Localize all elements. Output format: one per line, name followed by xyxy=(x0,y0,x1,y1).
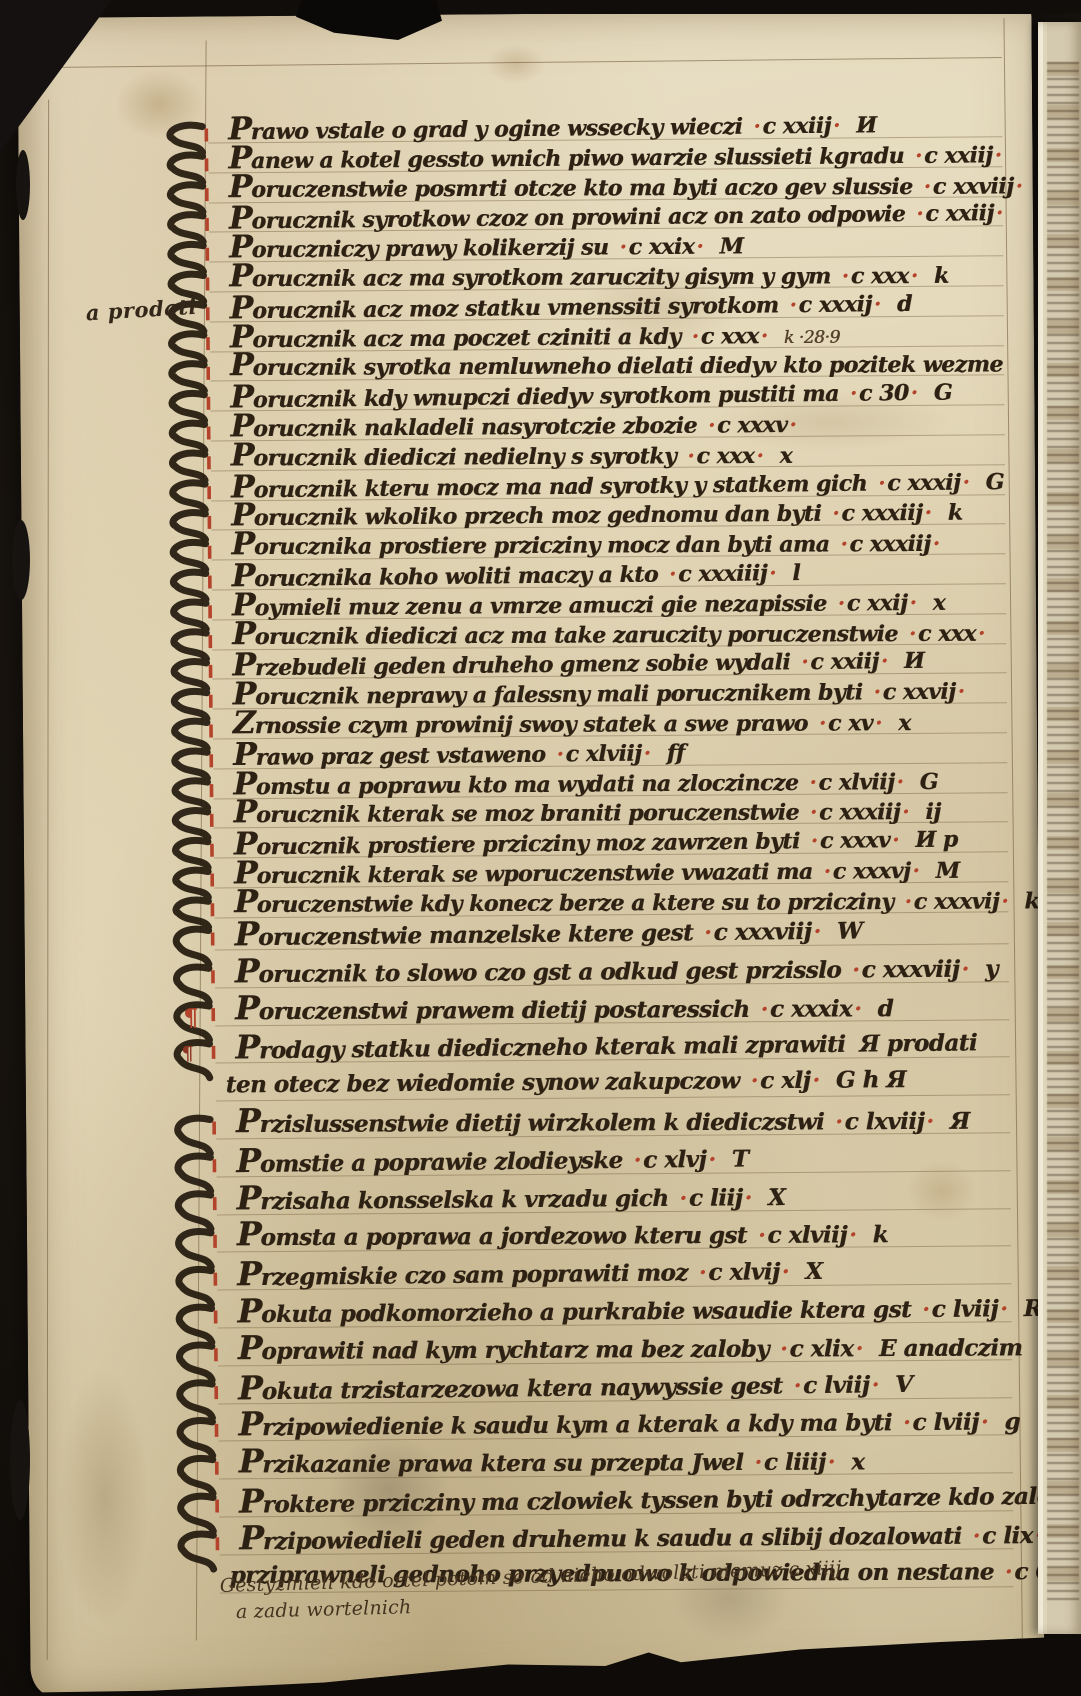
initial-letter: P xyxy=(239,1518,263,1557)
line-tail-letter: V xyxy=(895,1371,913,1398)
ruling-line xyxy=(47,100,49,1660)
index-line: Prawo vstale o grad y ogine wssecky wiec… xyxy=(228,110,877,145)
initial-letter: P xyxy=(235,1028,259,1067)
index-line: Przislussenstwie dietij wirzkolem k died… xyxy=(236,1105,970,1138)
index-line: Porucznik kterak se wporuczenstwie vwaza… xyxy=(234,856,960,890)
rubric-dot: · xyxy=(808,800,819,826)
line-tail-letter: ij xyxy=(925,799,940,825)
line-tail-letter: W xyxy=(837,917,863,944)
rubric-dot: · xyxy=(787,412,798,438)
index-line: Porucznik acz moz statku vmenssiti syrot… xyxy=(230,289,913,325)
initial-letter: P xyxy=(238,1405,262,1444)
chapter-ref: ·c xlviij· xyxy=(554,740,653,767)
chapter-ref: ·c xxvij· xyxy=(872,679,967,706)
rubric-dot: · xyxy=(840,263,851,289)
initial-letter: P xyxy=(238,1328,262,1367)
index-line: Przisaha konsselska k vrzadu gich·c liij… xyxy=(237,1181,786,1215)
index-line: Porucznika koho woliti maczy a kto·c xxx… xyxy=(232,558,801,592)
line-tail-letter: E anadczim xyxy=(879,1334,1022,1362)
line-tail-letter: G xyxy=(934,380,953,406)
index-line: Porucznik diediczi acz ma take zaruczity… xyxy=(232,618,987,650)
initial-letter: P xyxy=(231,437,254,473)
line-tail-letter: d xyxy=(878,995,894,1022)
chapter-ref: ·c xxxiij· xyxy=(838,531,942,557)
line-tail-letter: x xyxy=(898,710,911,736)
line-tail-letter: И p xyxy=(915,827,958,853)
chapter-ref: ·c xlviij· xyxy=(807,769,906,796)
rubric-dot: · xyxy=(924,1108,936,1135)
rubric-dot: · xyxy=(706,413,717,439)
rubric-dot: · xyxy=(923,500,934,526)
initial-letter: P xyxy=(235,988,259,1027)
rubric-dot: · xyxy=(742,1184,754,1211)
initial-letter: P xyxy=(230,347,253,383)
line-tail-letter: И xyxy=(856,112,877,138)
rubric-dot: · xyxy=(960,469,971,495)
rubric-dot: · xyxy=(873,710,884,736)
line-tail-letter: k xyxy=(873,1222,889,1249)
rubric-dot: · xyxy=(910,858,921,884)
chapter-ref: ·c xxxvj· xyxy=(822,858,922,885)
line-tail-letter: И xyxy=(904,648,925,674)
manuscript-photo: a prodati ¶ ¶ Prawo vstale o grad y ogin… xyxy=(0,0,1081,1696)
index-line: Przipowiedieli geden druhemu k saudu a s… xyxy=(239,1519,1075,1556)
rubric-dot: · xyxy=(787,292,798,318)
rubric-dot: · xyxy=(667,561,678,587)
index-line: Pomstie a poprawie zlodieyske·c xlvj·T xyxy=(236,1142,748,1178)
rubric-dot: · xyxy=(999,888,1010,914)
index-line: Przegmiskie czo sam poprawiti moz·c xlvi… xyxy=(237,1255,823,1291)
index-line: Pokuta podkomorzieho a purkrabie wsaudie… xyxy=(237,1292,1042,1328)
index-line: Przikazanie prawa ktera su przepta Jwel·… xyxy=(239,1446,865,1479)
chapter-ref: ·c xxxij· xyxy=(787,291,883,318)
parchment-page: a prodati ¶ ¶ Prawo vstale o grad y ogin… xyxy=(17,10,1044,1696)
index-line: Porucznik diediczi nedielny s syrotky·c … xyxy=(231,441,792,472)
rubric-dot: · xyxy=(752,1449,764,1476)
index-line: Przipowiedienie k saudu kym a kterak a k… xyxy=(238,1406,1020,1442)
rubric-dot: · xyxy=(749,1067,761,1094)
rubric-dot: · xyxy=(903,889,914,915)
photo-background xyxy=(0,0,1081,14)
stain xyxy=(58,1367,150,1628)
chapter-ref: ·c xxiij· xyxy=(914,200,1005,227)
initial-letter: P xyxy=(239,1441,263,1480)
chapter-ref: ·c xv· xyxy=(817,710,884,736)
rubric-dot: · xyxy=(754,443,765,469)
index-line: Porucznik neprawy a falessny mali porucz… xyxy=(233,677,967,711)
rubric-dot: · xyxy=(756,1222,768,1249)
initial-letter: P xyxy=(236,1101,260,1140)
line-tail-letter: x xyxy=(933,590,946,616)
chapter-ref: ·c xxiij· xyxy=(799,649,890,676)
chapter-ref: ·c xxviij· xyxy=(922,173,1025,199)
fore-edge-text-shadow xyxy=(1047,62,1079,1604)
line-tail-letter: k xyxy=(934,263,949,289)
index-line: Porucznik wkoliko przech moz gednomu dan… xyxy=(231,498,962,532)
initial-letter: P xyxy=(238,1368,262,1407)
line-tail-letter: M xyxy=(720,234,744,260)
rubric-dot: · xyxy=(848,381,859,407)
index-line: Przebudeli geden druheho gmenz sobie wyd… xyxy=(232,646,924,682)
rubric-dot: · xyxy=(909,380,920,406)
index-line: Proktere przicziny ma czlowiek tyssen by… xyxy=(239,1479,1081,1519)
rubric-dot: · xyxy=(931,531,942,557)
index-line: Prawo praz gest vstaweno·c xlviij·ff xyxy=(233,738,685,771)
line-tail-letter: Я prodati xyxy=(859,1030,977,1058)
chapter-ref: ·c lviij· xyxy=(792,1371,882,1399)
rubric-dot: · xyxy=(909,263,920,289)
rubric-dot: · xyxy=(979,1409,991,1436)
initial-letter: P xyxy=(234,795,257,831)
rubric-dot: · xyxy=(847,1222,859,1249)
chapter-ref: ·c lviij· xyxy=(920,1295,1010,1323)
line-tail-letter: l xyxy=(792,560,800,586)
line-tail-letter: ff xyxy=(667,740,685,766)
pilcrow-mark: ¶ xyxy=(183,1003,199,1032)
rubric-dot: · xyxy=(907,590,918,616)
index-line: Porucznik nakladeli nasyrotczie zbozie·c… xyxy=(231,410,799,442)
index-line: Poruczniczy prawy kolikerzij su·c xxix·M xyxy=(229,232,743,264)
rubric-dot: · xyxy=(872,291,883,317)
index-line: Porucznik prostiere przicziny moz zawrze… xyxy=(234,825,958,861)
chapter-ref: ·c 30· xyxy=(848,380,920,407)
rubric-dot: · xyxy=(685,443,696,469)
rubric-dot: · xyxy=(822,859,833,885)
rubric-dot: · xyxy=(826,1449,838,1476)
chapter-ref: ·c xxxviij· xyxy=(702,918,823,946)
rubric-dot: · xyxy=(694,234,705,260)
rubric-dot: · xyxy=(900,799,911,825)
line-tail-letter: G xyxy=(920,768,939,794)
chapter-ref: ·c lviij· xyxy=(901,1409,991,1437)
rubric-dot: · xyxy=(809,828,820,854)
index-line: Porucznik acz ma syrotkom zaruczity gisy… xyxy=(229,261,948,292)
line-tail-letter: x xyxy=(780,443,793,469)
chapter-ref: ·c xxiij· xyxy=(751,113,842,140)
line-tail-letter: X xyxy=(805,1258,823,1285)
rubric-dot: · xyxy=(901,1409,913,1436)
initial-letter: P xyxy=(239,1481,263,1520)
rubric-dot: · xyxy=(554,741,565,767)
chapter-ref: ·c xlj· xyxy=(749,1067,823,1095)
rubric-dot: · xyxy=(642,740,653,766)
book-fore-edge xyxy=(1038,22,1081,1634)
rubric-dot: · xyxy=(998,1295,1010,1322)
index-line: Pomstu a poprawu kto ma wydati na zloczi… xyxy=(233,766,938,800)
rubric-dot: · xyxy=(811,918,823,945)
index-line: Zrnossie czym prowinij swoy statek a swe… xyxy=(233,708,911,739)
rubric-dot: · xyxy=(767,560,778,586)
line-tail-letter: G h Я xyxy=(836,1066,906,1094)
index-line: Pokuta trzistarzezowa ktera naywyssie ge… xyxy=(238,1368,913,1405)
initial-letter: P xyxy=(237,1254,261,1293)
chapter-ref: ·c xxx· xyxy=(907,620,987,646)
rubric-dot: · xyxy=(632,1146,644,1173)
rubric-dot: · xyxy=(751,113,762,139)
chapter-ref: ·c lix· xyxy=(971,1522,1045,1550)
line-tail-letter: y xyxy=(985,955,998,982)
chapter-ref: ·c xxxiij· xyxy=(808,799,912,825)
rubric-dot: · xyxy=(922,173,933,199)
initial-letter: P xyxy=(237,1178,261,1217)
rubric-dot: · xyxy=(617,234,628,260)
rubric-dot: · xyxy=(778,1335,790,1362)
rubric-dot: · xyxy=(759,323,770,349)
chapter-ref: ·c xlix· xyxy=(778,1335,865,1362)
index-line: Porucznik to slowo czo gst a odkud gest … xyxy=(235,952,998,988)
rubric-dot: · xyxy=(836,590,847,616)
rubric-dot: · xyxy=(853,1335,865,1362)
rubric-dot: · xyxy=(993,142,1004,168)
chapter-ref: ·c xxx· xyxy=(840,263,920,289)
rubric-dot: · xyxy=(920,1296,932,1323)
index-line: Prodagy statku diediczneho kterak mali z… xyxy=(235,1027,977,1065)
chapter-ref: ·c liij· xyxy=(677,1184,754,1212)
index-text-column: Prawo vstale o grad y ogine wssecky wiec… xyxy=(203,10,1026,1694)
rubric-dot: · xyxy=(907,621,918,647)
chapter-ref: ·c xxx· xyxy=(690,323,770,350)
line-tail-letter: X xyxy=(768,1184,786,1211)
line-tail-letter: T xyxy=(732,1145,749,1172)
chapter-ref: ·c xxxvij· xyxy=(903,888,1011,915)
chapter-ref: ·c xxxviij· xyxy=(850,955,971,983)
index-line: Poruczenstwie posmrti otcze kto ma byti … xyxy=(229,171,1025,203)
chapter-ref: ·c xxx· xyxy=(685,443,765,469)
chapter-ref: ·c xxxiij· xyxy=(830,500,934,527)
initial-letter: P xyxy=(236,1141,260,1180)
rubric-dot: · xyxy=(697,1259,709,1286)
rubric-dot: · xyxy=(833,1108,845,1135)
rubric-dot: · xyxy=(690,323,701,349)
rubric-dot: · xyxy=(677,1184,689,1211)
chapter-ref: ·c liiij· xyxy=(752,1449,837,1476)
rubric-dot: · xyxy=(706,1146,718,1173)
rubric-dot: · xyxy=(869,1371,881,1398)
chapter-ref: ·c xlvij· xyxy=(697,1258,792,1286)
rubric-dot: · xyxy=(976,620,987,646)
rubric-dot: · xyxy=(758,995,770,1022)
rubric-dot: · xyxy=(959,955,971,982)
initial-letter: P xyxy=(231,526,254,562)
chapter-ref: ·c xxxij· xyxy=(876,469,972,496)
chapter-ref: ·c xxix· xyxy=(617,234,705,261)
chapter-ref: ·c xlviij· xyxy=(756,1222,859,1249)
line-tail-letter: d xyxy=(897,291,912,317)
line-tail-letter: k ·28·9 xyxy=(784,327,840,347)
line-tail-letter: k xyxy=(948,500,963,526)
index-line: Poruczenstwie kdy konecz berze a ktere s… xyxy=(234,886,1039,918)
rubric-dot: · xyxy=(850,956,862,983)
index-line: Poruczenstwi prawem dietij postaressich·… xyxy=(235,992,893,1025)
stain xyxy=(114,69,205,140)
rubric-dot: · xyxy=(895,769,906,795)
chapter-ref: ·c xxxiiij· xyxy=(667,560,779,587)
rubric-dot: · xyxy=(890,827,901,853)
rubric-dot: · xyxy=(838,532,849,558)
chapter-ref: ·c xxxix· xyxy=(758,995,863,1022)
line-tail-letter: Я xyxy=(950,1108,970,1135)
marginal-note: a prodati xyxy=(85,294,197,326)
initial-letter: P xyxy=(229,169,252,205)
rubric-dot: · xyxy=(879,649,890,675)
chapter-ref: ·c xxiij· xyxy=(913,142,1004,169)
rubric-dot: · xyxy=(1003,1558,1015,1585)
line-tail-letter: g xyxy=(1004,1409,1020,1436)
index-line: Porucznik syrotkow czoz on prowini acz o… xyxy=(229,198,1005,235)
rubric-dot: · xyxy=(807,769,818,795)
index-line: Porucznik kterak se moz braniti poruczen… xyxy=(234,797,941,828)
initial-letter: P xyxy=(237,1291,261,1330)
torn-edge-notch xyxy=(16,150,30,220)
chapter-ref: ·c lxviij· xyxy=(833,1108,936,1135)
line-tail-letter: M xyxy=(936,858,960,884)
rubric-dot: · xyxy=(810,1067,822,1094)
rubric-dot: · xyxy=(799,649,810,675)
rubric-dot: · xyxy=(994,200,1005,226)
index-line: Poymieli muz zenu a vmrze amuczi gie nez… xyxy=(232,588,945,622)
index-line: Porucznik kdy wnupczi diedyv syrotkom pu… xyxy=(230,378,952,414)
index-line: Panew a kotel gessto wnich piwo warzie s… xyxy=(228,140,1004,174)
torn-edge-notch xyxy=(10,1400,30,1520)
rubric-dot: · xyxy=(780,1258,792,1285)
rubric-dot: · xyxy=(792,1372,804,1399)
addendum-line: a zadu wortelnich xyxy=(236,1596,412,1623)
rubric-dot: · xyxy=(1014,173,1025,199)
rubric-dot: · xyxy=(913,143,924,169)
rubric-dot: · xyxy=(830,501,841,527)
chapter-ref: ·c xlvj· xyxy=(632,1146,718,1174)
rubric-dot: · xyxy=(876,470,887,496)
line-tail-letter: x xyxy=(851,1449,864,1476)
rubric-dot: · xyxy=(852,995,864,1022)
rubric-dot: · xyxy=(817,710,828,736)
chapter-ref: ·c xxxv· xyxy=(809,827,902,854)
index-line: Porucznika prostiere przicziny mocz dan … xyxy=(232,529,942,560)
rubric-dot: · xyxy=(971,1522,983,1549)
index-line: Poprawiti nad kym rychtarz ma bez zaloby… xyxy=(238,1331,1023,1365)
initial-letter: P xyxy=(234,914,258,953)
chapter-ref: ·c xxxv· xyxy=(706,412,799,439)
index-line: ten otecz bez wiedomie synow zakupczow·c… xyxy=(226,1066,907,1098)
initial-letter: P xyxy=(237,1215,261,1254)
index-line: Porucznik syrotka nemluwneho dielati die… xyxy=(230,350,1003,382)
pilcrow-mark: ¶ xyxy=(181,1043,193,1065)
torn-edge-notch xyxy=(12,520,30,600)
chapter-ref: ·c xxij· xyxy=(836,590,919,617)
rubric-dot: · xyxy=(702,919,714,946)
rubric-dot: · xyxy=(831,113,842,139)
rubric-dot: · xyxy=(956,679,967,705)
rubric-dot: · xyxy=(914,201,925,227)
index-line: Pomsta a poprawa a jordezowo kteru gst·c… xyxy=(237,1219,888,1252)
line-tail-letter: G xyxy=(986,469,1005,495)
initial-letter: P xyxy=(229,258,252,294)
initial-letter: P xyxy=(235,951,259,990)
index-line: Poruczenstwie manzelske ktere gest·c xxx… xyxy=(234,914,862,951)
rubric-dot: · xyxy=(872,679,883,705)
index-line: Porucznik acz ma poczet cziniti a kdy·c … xyxy=(230,320,840,353)
